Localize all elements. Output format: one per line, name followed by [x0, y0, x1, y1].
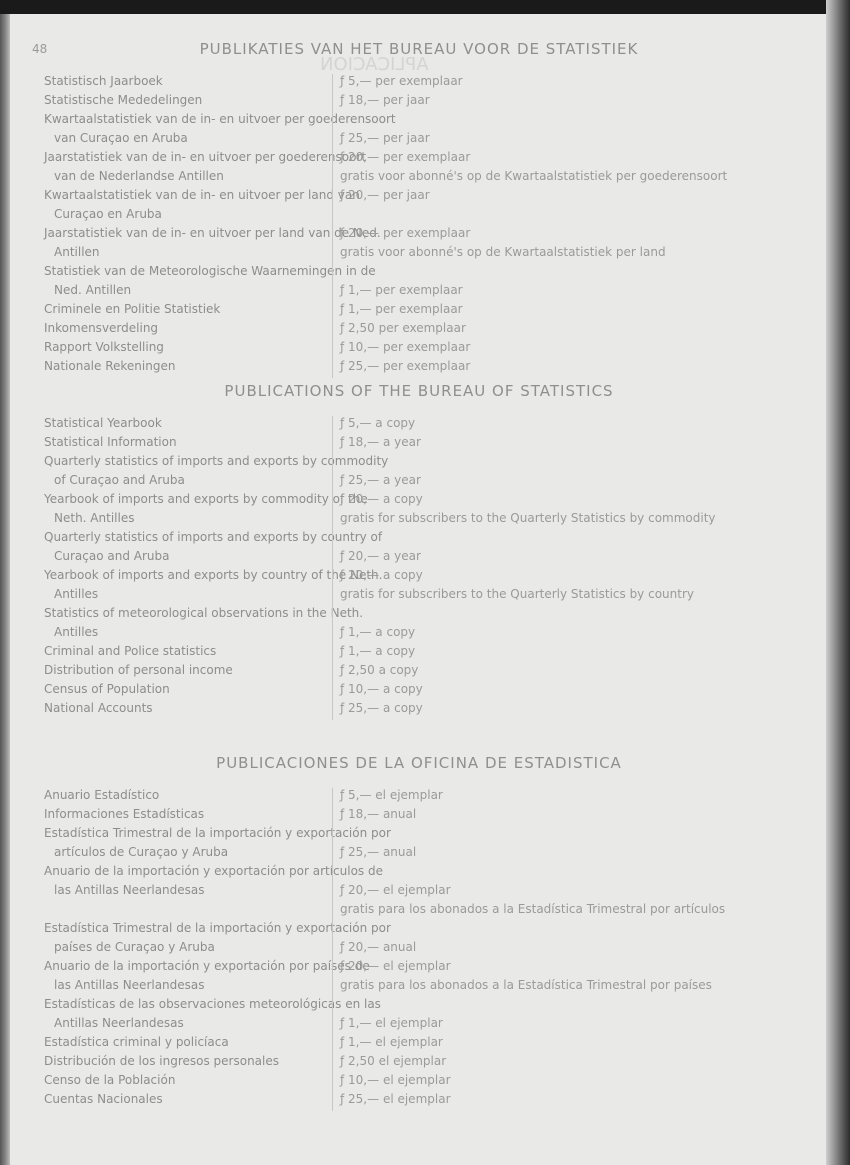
- publication-title: Censo de la Población: [44, 1073, 175, 1087]
- publication-price: ƒ 5,— per exemplaar: [340, 74, 463, 88]
- publication-price: ƒ 25,— a year: [340, 473, 421, 487]
- publication-price: ƒ 25,— anual: [340, 845, 416, 859]
- publication-price: ƒ 20,— el ejemplar: [340, 959, 451, 973]
- publication-title: Jaarstatistiek van de in- en uitvoer per…: [44, 150, 366, 164]
- publication-price: ƒ 10,— a copy: [340, 682, 423, 696]
- publication-title: Statistiek van de Meteorologische Waarne…: [44, 264, 376, 278]
- publication-price: ƒ 1,— a copy: [340, 625, 415, 639]
- publication-price: ƒ 2,50 per exemplaar: [340, 321, 466, 335]
- publication-price: ƒ 10,— el ejemplar: [340, 1073, 451, 1087]
- publication-price: ƒ 20,— a copy: [340, 492, 423, 506]
- publication-title: Statistische Mededelingen: [44, 93, 202, 107]
- publication-title: Inkomensverdeling: [44, 321, 158, 335]
- section-heading: PUBLIKATIES VAN HET BUREAU VOOR DE STATI…: [10, 40, 828, 58]
- publication-title: Antillen: [54, 245, 100, 259]
- publication-title: Informaciones Estadísticas: [44, 807, 204, 821]
- publication-title: Estadística Trimestral de la importación…: [44, 921, 391, 935]
- publication-price: ƒ 20,— per exemplaar: [340, 150, 470, 164]
- publication-title: artículos de Curaçao y Aruba: [54, 845, 228, 859]
- publication-price: ƒ 5,— el ejemplar: [340, 788, 443, 802]
- publication-price: gratis for subscribers to the Quarterly …: [340, 511, 716, 525]
- publication-price: ƒ 1,— per exemplaar: [340, 283, 463, 297]
- publication-price: ƒ 20,— per exemplaar: [340, 226, 470, 240]
- publication-price: gratis para los abonados a la Estadístic…: [340, 902, 725, 916]
- publication-title: Anuario de la importación y exportación …: [44, 959, 370, 973]
- page-edge: [826, 0, 850, 1165]
- publication-title: van Curaçao en Aruba: [54, 131, 188, 145]
- publication-title: Statistical Information: [44, 435, 177, 449]
- publication-price: ƒ 25,— a copy: [340, 701, 423, 715]
- publication-title: Statistisch Jaarboek: [44, 74, 163, 88]
- publication-title: las Antillas Neerlandesas: [54, 978, 205, 992]
- publication-title: Census of Population: [44, 682, 170, 696]
- publication-price: ƒ 20,— a copy: [340, 568, 423, 582]
- publication-title: Cuentas Nacionales: [44, 1092, 163, 1106]
- price-column-rule: [332, 416, 333, 720]
- publication-price: ƒ 25,— el ejemplar: [340, 1092, 451, 1106]
- publication-title: Neth. Antilles: [54, 511, 134, 525]
- publication-price: ƒ 25,— per jaar: [340, 131, 430, 145]
- section-heading: PUBLICACIONES DE LA OFICINA DE ESTADISTI…: [10, 754, 828, 772]
- publication-title: Criminal and Police statistics: [44, 644, 216, 658]
- publication-price: ƒ 2,50 a copy: [340, 663, 418, 677]
- publication-price: ƒ 18,— anual: [340, 807, 416, 821]
- publication-title: Quarterly statistics of imports and expo…: [44, 454, 388, 468]
- document-page: APLICACION 48 PUBLIKATIES VAN HET BUREAU…: [10, 14, 828, 1165]
- publication-title: Kwartaalstatistiek van de in- en uitvoer…: [44, 112, 396, 126]
- publication-title: Distribución de los ingresos personales: [44, 1054, 279, 1068]
- publication-title: Curaçao en Aruba: [54, 207, 162, 221]
- publication-price: ƒ 5,— a copy: [340, 416, 415, 430]
- publication-price: ƒ 18,— a year: [340, 435, 421, 449]
- publication-title: Jaarstatistiek van de in- en uitvoer per…: [44, 226, 381, 240]
- publication-price: ƒ 2,50 el ejemplar: [340, 1054, 446, 1068]
- publication-title: Curaçao and Aruba: [54, 549, 170, 563]
- publication-title: of Curaçao and Aruba: [54, 473, 185, 487]
- publication-title: Antillas Neerlandesas: [54, 1016, 184, 1030]
- publication-price: ƒ 1,— el ejemplar: [340, 1035, 443, 1049]
- publication-title: Yearbook of imports and exports by commo…: [44, 492, 368, 506]
- publication-title: Statistics of meteorological observation…: [44, 606, 363, 620]
- publication-title: Statistical Yearbook: [44, 416, 162, 430]
- publication-title: países de Curaçao y Aruba: [54, 940, 215, 954]
- publication-price: ƒ 1,— a copy: [340, 644, 415, 658]
- publication-title: Kwartaalstatistiek van de in- en uitvoer…: [44, 188, 360, 202]
- publication-title: Antilles: [54, 587, 98, 601]
- publication-price: gratis para los abonados a la Estadístic…: [340, 978, 712, 992]
- publication-price: ƒ 20,— el ejemplar: [340, 883, 451, 897]
- publication-title: van de Nederlandse Antillen: [54, 169, 224, 183]
- publication-price: ƒ 20,— a year: [340, 549, 421, 563]
- publication-price: gratis voor abonné's op de Kwartaalstati…: [340, 169, 727, 183]
- publication-title: Estadística criminal y policíaca: [44, 1035, 229, 1049]
- publication-title: National Accounts: [44, 701, 153, 715]
- publication-price: ƒ 10,— per exemplaar: [340, 340, 470, 354]
- price-column-rule: [332, 788, 333, 1111]
- publication-title: Criminele en Politie Statistiek: [44, 302, 220, 316]
- publication-title: Nationale Rekeningen: [44, 359, 175, 373]
- publication-title: Antilles: [54, 625, 98, 639]
- publication-price: ƒ 20,— per jaar: [340, 188, 430, 202]
- section-heading: PUBLICATIONS OF THE BUREAU OF STATISTICS: [10, 382, 828, 400]
- publication-price: gratis voor abonné's op de Kwartaalstati…: [340, 245, 666, 259]
- publication-title: Estadísticas de las observaciones meteor…: [44, 997, 381, 1011]
- publication-price: ƒ 1,— el ejemplar: [340, 1016, 443, 1030]
- publication-title: Ned. Antillen: [54, 283, 131, 297]
- publication-price: ƒ 20,— anual: [340, 940, 416, 954]
- publication-price: ƒ 18,— per jaar: [340, 93, 430, 107]
- publication-price: ƒ 1,— per exemplaar: [340, 302, 463, 316]
- publication-title: Anuario Estadístico: [44, 788, 159, 802]
- publication-title: las Antillas Neerlandesas: [54, 883, 205, 897]
- publication-price: gratis for subscribers to the Quarterly …: [340, 587, 694, 601]
- publication-title: Distribution of personal income: [44, 663, 233, 677]
- publication-price: ƒ 25,— per exemplaar: [340, 359, 470, 373]
- publication-title: Estadística Trimestral de la importación…: [44, 826, 391, 840]
- price-column-rule: [332, 74, 333, 378]
- publication-title: Rapport Volkstelling: [44, 340, 164, 354]
